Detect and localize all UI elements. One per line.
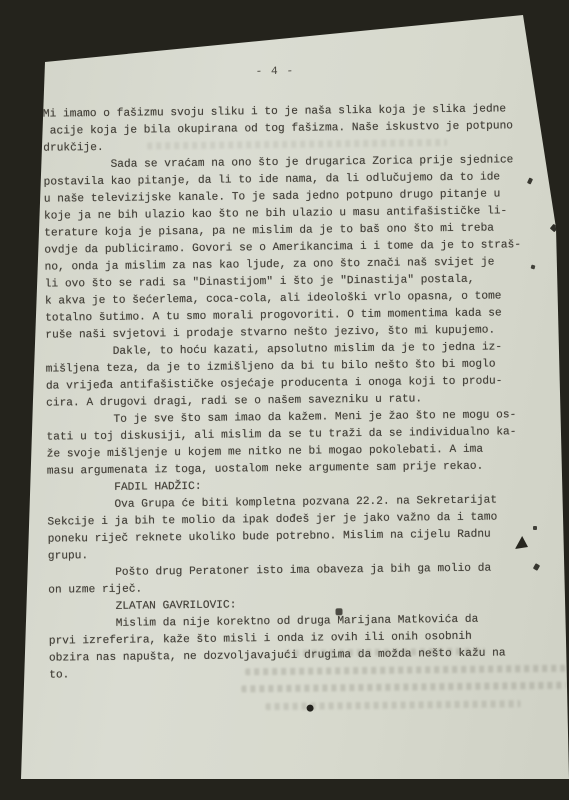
typewritten-text: Mi imamo o fašizmu svoju sliku i to je n… — [43, 101, 528, 684]
typewritten-block: - 4 - Mi imamo o fašizmu svoju sliku i t… — [0, 0, 569, 800]
ink-dot — [307, 705, 314, 712]
bleed-through-text — [266, 700, 521, 710]
paper-tear — [533, 526, 537, 530]
scanned-page: - 4 - Mi imamo o fašizmu svoju sliku i t… — [0, 0, 569, 800]
ink-smudge — [335, 608, 342, 615]
scanned-document-photo: { "colors":{ "backdrop":"#24231c", "pape… — [0, 0, 569, 800]
bleed-through-text — [241, 682, 566, 693]
page-number: - 4 - — [42, 63, 507, 80]
